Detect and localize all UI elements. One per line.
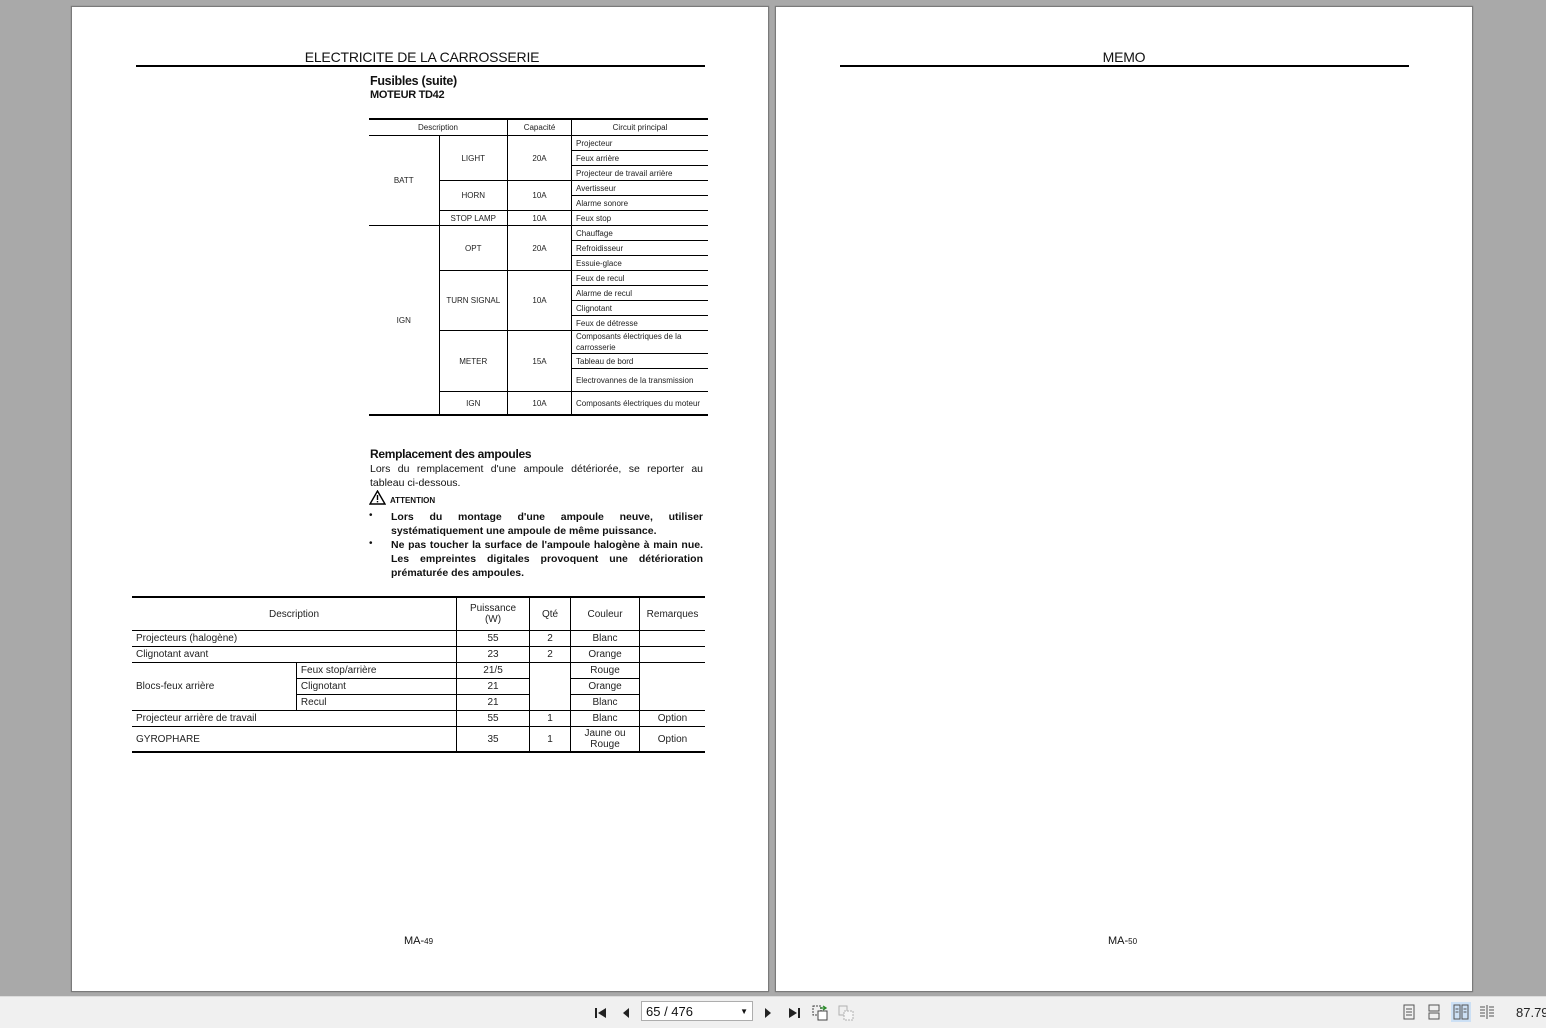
bullet: •	[369, 538, 391, 580]
fuse-circuit: Feux de détresse	[572, 316, 709, 331]
attention-text: Lors du montage d'une ampoule neuve, uti…	[391, 510, 703, 538]
fuse-circuit: Projecteur	[572, 136, 709, 151]
fuse-circuit: Electrovannes de la transmission	[572, 369, 709, 392]
page-number: MA-50	[1108, 935, 1137, 947]
bulb-row: Blocs-feux arrièreFeux stop/arrière21/5R…	[132, 663, 705, 679]
bulb-power: 55	[457, 711, 530, 727]
attention-item: • Ne pas toucher la surface de l'ampoule…	[369, 538, 703, 580]
two-page-view-button[interactable]	[1451, 1002, 1471, 1022]
next-view-button[interactable]	[836, 1003, 856, 1023]
bulb-description: Projecteurs (halogène)	[132, 631, 457, 647]
fuse-circuit: Tableau de bord	[572, 354, 709, 369]
col-header: Remarques	[640, 597, 705, 631]
bulb-row: Clignotant avant232Orange	[132, 647, 705, 663]
bulb-color: Orange	[571, 647, 640, 663]
last-page-button[interactable]	[784, 1003, 804, 1023]
fuse-table: Description Capacité Circuit principal B…	[369, 118, 708, 416]
bulb-qty	[530, 663, 571, 711]
fuse-row: IGNOPT20AChauffage	[369, 226, 708, 241]
fuse-circuit: Feux stop	[572, 211, 709, 226]
bulb-row: GYROPHARE351Jaune ou RougeOption	[132, 727, 705, 753]
bullet: •	[369, 510, 391, 538]
bulb-intro: Lors du remplacement d'une ampoule détér…	[370, 462, 703, 490]
two-page-continuous-icon	[1479, 1004, 1495, 1020]
bulb-color: Blanc	[571, 711, 640, 727]
bulb-qty: 1	[530, 711, 571, 727]
bulb-description: Projecteur arrière de travail	[132, 711, 457, 727]
fuse-name: LIGHT	[439, 136, 507, 181]
col-header: Description	[132, 597, 457, 631]
single-page-view-button[interactable]	[1399, 1002, 1419, 1022]
next-page-icon	[763, 1006, 773, 1020]
bulb-power: 23	[457, 647, 530, 663]
page-number: MA-49	[404, 935, 433, 947]
attention-list: • Lors du montage d'une ampoule neuve, u…	[369, 510, 703, 580]
prev-page-icon	[621, 1006, 631, 1020]
bulb-power: 35	[457, 727, 530, 753]
fuse-circuit: Essuie-glace	[572, 256, 709, 271]
bulb-qty: 2	[530, 631, 571, 647]
col-header: Qté	[530, 597, 571, 631]
fuse-name: HORN	[439, 181, 507, 211]
fuse-name: TURN SIGNAL	[439, 271, 507, 331]
bulb-color: Jaune ou Rouge	[571, 727, 640, 753]
subsection-title: MOTEUR TD42	[370, 89, 444, 101]
first-page-button[interactable]	[591, 1003, 611, 1023]
fuse-capacity: 15A	[508, 331, 572, 392]
bulb-group: Blocs-feux arrière	[132, 663, 296, 711]
bulb-power: 21	[457, 695, 530, 711]
bulb-description: Recul	[296, 695, 456, 711]
single-page-icon	[1403, 1004, 1415, 1020]
bulb-color: Orange	[571, 679, 640, 695]
bulb-row: Projecteurs (halogène)552Blanc	[132, 631, 705, 647]
fuse-capacity: 10A	[508, 211, 572, 226]
next-view-icon	[837, 1004, 855, 1022]
fuse-circuit: Chauffage	[572, 226, 709, 241]
fuse-name: IGN	[439, 392, 507, 416]
bulb-remarks	[640, 631, 705, 647]
fuse-name: STOP LAMP	[439, 211, 507, 226]
bulb-remarks	[640, 663, 705, 711]
previous-view-button[interactable]	[810, 1003, 830, 1023]
fuse-capacity: 20A	[508, 136, 572, 181]
attention-block: ATTENTION	[369, 490, 435, 505]
col-header: Description	[369, 119, 508, 136]
bulb-description: Clignotant avant	[132, 647, 457, 663]
bulb-remarks: Option	[640, 711, 705, 727]
fuse-capacity: 10A	[508, 392, 572, 416]
section-title: Fusibles (suite)	[370, 74, 457, 88]
fuse-circuit: Composants électriques de la carrosserie	[572, 331, 709, 354]
attention-item: • Lors du montage d'une ampoule neuve, u…	[369, 510, 703, 538]
bulb-qty: 2	[530, 647, 571, 663]
col-header: Couleur	[571, 597, 640, 631]
bulb-color: Rouge	[571, 663, 640, 679]
fuse-name: OPT	[439, 226, 507, 271]
two-page-continuous-view-button[interactable]	[1477, 1002, 1497, 1022]
last-page-icon	[787, 1006, 801, 1020]
bulb-color: Blanc	[571, 631, 640, 647]
fuse-circuit: Feux de recul	[572, 271, 709, 286]
document-page-left: ELECTRICITE DE LA CARROSSERIE Fusibles (…	[71, 6, 769, 992]
bulb-color: Blanc	[571, 695, 640, 711]
col-header: Circuit principal	[572, 119, 709, 136]
col-header: Puissance (W)	[457, 597, 530, 631]
document-page-right: MEMO MA-50	[775, 6, 1473, 992]
warning-triangle-icon	[369, 490, 386, 505]
bulb-qty: 1	[530, 727, 571, 753]
attention-text: Ne pas toucher la surface de l'ampoule h…	[391, 538, 703, 580]
fuse-row: BATTLIGHT20AProjecteur	[369, 136, 708, 151]
header-rule	[840, 65, 1409, 67]
previous-view-icon	[811, 1004, 829, 1022]
fuse-capacity: 20A	[508, 226, 572, 271]
header-rule	[136, 65, 705, 67]
page-selector[interactable]: 65 / 476 ▼	[641, 1001, 753, 1021]
fuse-circuit: Projecteur de travail arrière	[572, 166, 709, 181]
first-page-icon	[594, 1006, 608, 1020]
bulb-power: 21	[457, 679, 530, 695]
prev-page-button[interactable]	[616, 1003, 636, 1023]
fuse-circuit: Feux arrière	[572, 151, 709, 166]
fuse-capacity: 10A	[508, 271, 572, 331]
fuse-group: BATT	[369, 136, 439, 226]
zoom-level[interactable]: 87.79	[1516, 1005, 1546, 1020]
bulb-row: Projecteur arrière de travail551BlancOpt…	[132, 711, 705, 727]
col-header: Capacité	[508, 119, 572, 136]
bulb-section-title: Remplacement des ampoules	[370, 447, 531, 461]
fuse-circuit: Refroidisseur	[572, 241, 709, 256]
bulb-description: Clignotant	[296, 679, 456, 695]
dropdown-arrow-icon: ▼	[740, 1002, 748, 1022]
bulb-power: 55	[457, 631, 530, 647]
next-page-button[interactable]	[758, 1003, 778, 1023]
fuse-group: IGN	[369, 226, 439, 416]
fuse-circuit: Alarme de recul	[572, 286, 709, 301]
bulb-description: GYROPHARE	[132, 727, 457, 753]
two-page-icon	[1453, 1004, 1469, 1020]
bulb-power: 21/5	[457, 663, 530, 679]
bulb-description: Feux stop/arrière	[296, 663, 456, 679]
fuse-circuit: Composants électriques du moteur	[572, 392, 709, 416]
bulb-remarks	[640, 647, 705, 663]
page-header-title: MEMO	[904, 49, 1344, 65]
continuous-page-icon	[1428, 1004, 1440, 1020]
page-header-title: ELECTRICITE DE LA CARROSSERIE	[202, 49, 642, 65]
bulb-table: Description Puissance (W) Qté Couleur Re…	[132, 596, 705, 753]
bulb-remarks: Option	[640, 727, 705, 753]
fuse-circuit: Clignotant	[572, 301, 709, 316]
attention-label: ATTENTION	[390, 496, 435, 505]
fuse-capacity: 10A	[508, 181, 572, 211]
viewer-toolbar: 65 / 476 ▼ 87.79	[0, 996, 1546, 1028]
continuous-view-button[interactable]	[1424, 1002, 1444, 1022]
fuse-circuit: Alarme sonore	[572, 196, 709, 211]
fuse-circuit: Avertisseur	[572, 181, 709, 196]
fuse-name: METER	[439, 331, 507, 392]
